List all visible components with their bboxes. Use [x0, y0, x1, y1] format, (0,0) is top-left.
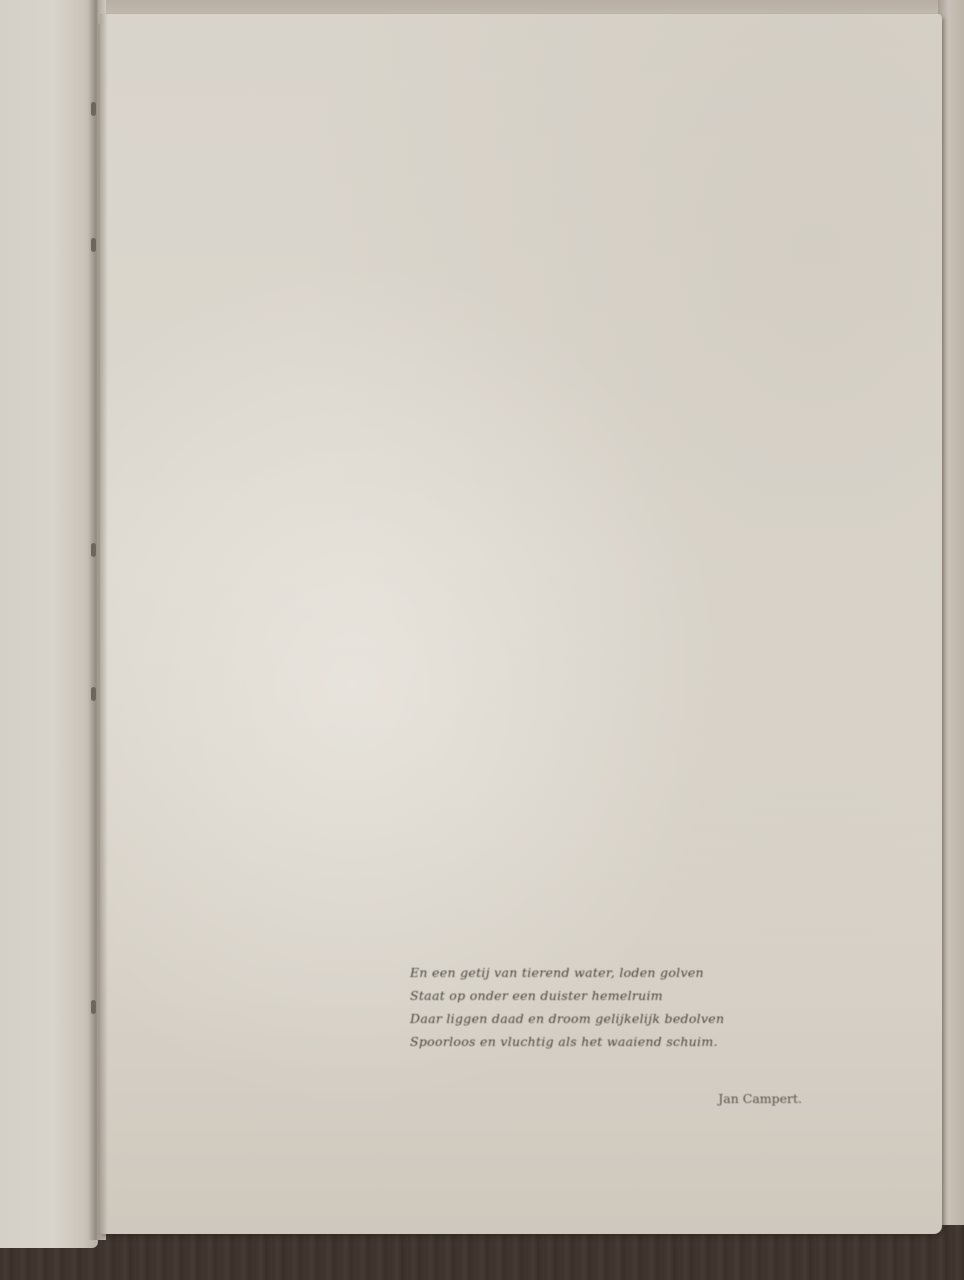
- poem-line: Staat op onder een duister hemelruim: [410, 984, 810, 1007]
- poem-line: Spoorloos en vluchtig als het waaiend sc…: [410, 1030, 810, 1053]
- binding-stitch: [91, 687, 96, 701]
- poem-epigraph: En een getij van tierend water, loden go…: [410, 961, 810, 1053]
- poem-line: En een getij van tierend water, loden go…: [410, 961, 810, 984]
- binding-stitch: [91, 543, 96, 557]
- binding-stitch: [91, 238, 96, 252]
- book-photo: En een getij van tierend water, loden go…: [0, 0, 964, 1280]
- left-page: [0, 0, 98, 1248]
- binding-stitch: [91, 102, 96, 116]
- poem-author: Jan Campert.: [560, 1091, 802, 1106]
- page-shadow: [100, 14, 108, 1234]
- binding-stitch: [91, 1000, 96, 1014]
- poem-line: Daar liggen daad en droom gelijkelijk be…: [410, 1007, 810, 1030]
